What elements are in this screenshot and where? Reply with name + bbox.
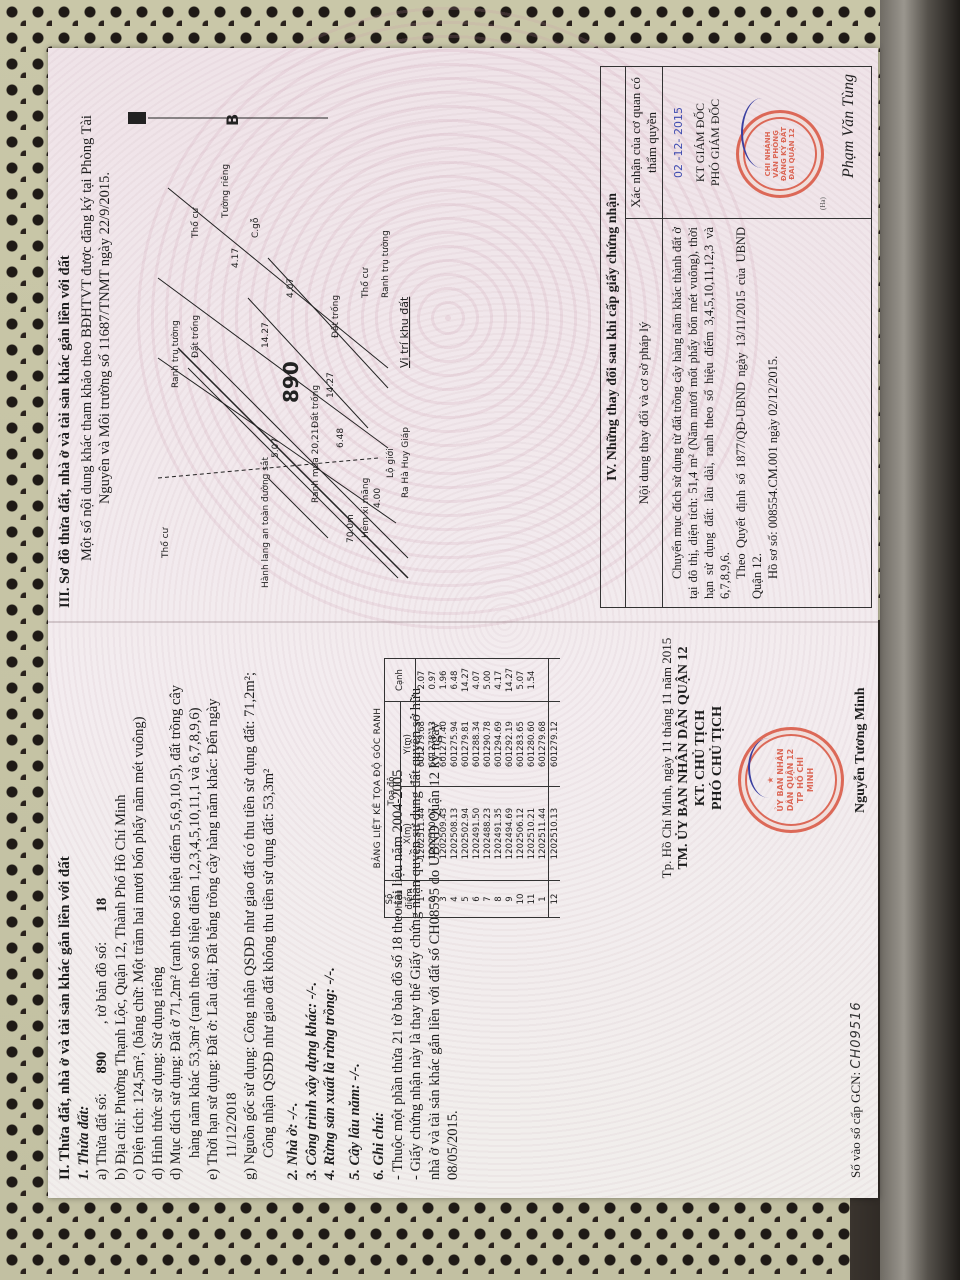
coordinate-cell-x: 1202488.23 [482, 787, 493, 881]
coordinate-row: 121202510.13601279.12 [549, 659, 561, 918]
coordinate-cell-point: 7 [482, 881, 493, 918]
authority-header: Xác nhận của cơ quan có thẩm quyền [626, 67, 663, 218]
svg-text:Đất trống: Đất trống [190, 315, 201, 358]
svg-text:4.00: 4.00 [373, 488, 383, 508]
coordinate-cell-point: 3 [438, 881, 449, 918]
svg-text:4.17: 4.17 [231, 248, 241, 268]
confirmation-signer-name: Phạm Văn Tùng [841, 74, 857, 178]
coordinate-cell-edge [549, 659, 561, 702]
address: b) Địa chỉ: Phường Thạnh Lộc, Quận 12, T… [112, 635, 131, 1180]
coordinate-cell-x: 1202511.44 [537, 787, 549, 881]
coordinate-cell-y: 601278.13 [427, 702, 438, 787]
coordinate-cell-edge: 14.27 [504, 659, 515, 702]
svg-text:B: B [223, 114, 242, 126]
svg-text:Hẻm xi măng: Hẻm xi măng [360, 478, 371, 538]
coordinate-row: 31202509.43601277.401.96 [438, 659, 449, 918]
section-3-note-cont: Nguyên và Môi trường số 11687/TNMT ngày … [96, 68, 114, 608]
coordinate-cell-point: 12 [549, 881, 561, 918]
svg-text:C.gỗ: C.gỗ [250, 217, 261, 238]
confirmation-kt: KT GIÁM ĐỐC [693, 67, 708, 218]
col-x: X(m) [400, 787, 416, 881]
authority-confirmation-column: Xác nhận của cơ quan có thẩm quyền 02 -1… [626, 67, 871, 218]
svg-text:Đất trống: Đất trống [330, 295, 341, 338]
coordinate-row: 111202510.21601280.601.54 [526, 659, 537, 918]
coordinate-cell-y: 601279.12 [549, 702, 561, 787]
issuer-signature-block: Tp. Hồ Chí Minh, ngày 11 tháng 11 năm 20… [658, 618, 726, 898]
coordinate-row: 91202494.69601292.1914.27 [504, 659, 515, 918]
section-4-changes-table: IV. Những thay đổi sau khi cấp giấy chứn… [600, 66, 872, 608]
svg-text:Hành lang an toàn đường sắt: Hành lang an toàn đường sắt [260, 457, 271, 588]
svg-text:Thổ cư: Thổ cư [190, 206, 201, 239]
section-3-title: III. Sơ đồ thửa đất, nhà ở và tài sản kh… [56, 68, 74, 608]
parcel-number: 890 [94, 1052, 110, 1074]
coordinate-cell-edge: 0.97 [427, 659, 438, 702]
changes-content: Chuyển mục đích sử dụng từ đất trồng cây… [663, 219, 787, 607]
coordinate-cell-y: 601294.69 [493, 702, 504, 787]
section-3-note: Một số nội dung khác tham khảo theo BĐHT… [78, 68, 96, 608]
small-mark: (Ha) [815, 197, 831, 210]
changes-column: Nội dung thay đổi và cơ sở pháp lý Chuyể… [626, 218, 871, 607]
coordinate-cell-point: 8 [493, 881, 504, 918]
svg-text:14.27: 14.27 [326, 372, 336, 398]
usage-purpose-cont: hàng năm khác 53,3m² (ranh theo số hiệu … [186, 635, 205, 1180]
coordinate-cell-y: 601279.68 [537, 702, 549, 787]
coordinate-cell-x: 1202491.50 [471, 787, 482, 881]
parcel-heading: 1. Thửa đất: [75, 635, 94, 1180]
usage-form: d) Hình thức sử dụng: Sử dụng riêng [149, 635, 168, 1180]
coordinate-cell-edge: 1.54 [526, 659, 537, 702]
coordinate-cell-point: 4 [449, 881, 460, 918]
svg-text:Vị trí khu đất: Vị trí khu đất [398, 296, 411, 368]
coordinate-cell-point: 10 [515, 881, 526, 918]
coordinate-cell-x: 1202510.21 [526, 787, 537, 881]
coordinate-cell-x: 1202508.13 [449, 787, 460, 881]
issuer-org: TM. ỦY BAN NHÂN DÂN QUẬN 12 [675, 618, 692, 898]
binder-edge [880, 0, 960, 1280]
coordinate-cell-edge: 5.00 [482, 659, 493, 702]
coordinate-cell-y: 601288.34 [471, 702, 482, 787]
issuer-role: PHÓ CHỦ TỊCH [709, 618, 726, 898]
svg-text:5.07: 5.07 [271, 438, 281, 458]
issuer-name: Nguyễn Tương Minh [853, 687, 869, 813]
col-edge: Cạnh [385, 659, 416, 702]
confirmation-signature [741, 98, 783, 168]
coordinate-cell-edge: 5.07 [515, 659, 526, 702]
coordinate-cell-edge [537, 659, 549, 702]
coordinate-row: 51202502.94601279.8114.27 [460, 659, 471, 918]
coordinate-cell-point: 6 [471, 881, 482, 918]
issuer-kt: KT. CHỦ TỊCH [692, 618, 709, 898]
coordinate-cell-edge: 2.07 [416, 659, 428, 702]
coordinate-cell-point: 2 [427, 881, 438, 918]
place-date: Tp. Hồ Chí Minh, ngày 11 tháng 11 năm 20… [658, 618, 675, 898]
usage-origin: g) Nguồn gốc sử dụng: Công nhận QSDĐ như… [241, 635, 260, 1180]
coordinate-cell-x: 1202511.44 [416, 787, 428, 881]
coordinate-cell-point: 1 [416, 881, 428, 918]
svg-text:Lộ giới: Lộ giới [385, 448, 396, 478]
col-point: Số hiệu điểm [385, 881, 416, 918]
usage-term: e) Thời hạn sử dụng: Đất ở: Lâu dài; Đất… [204, 635, 223, 1180]
svg-text:Ra Hà Huy Giáp: Ra Hà Huy Giáp [401, 427, 411, 498]
coordinate-cell-y: 601275.94 [449, 702, 460, 787]
coordinate-cell-y: 601290.78 [482, 702, 493, 787]
svg-text:Ranh trụ tường: Ranh trụ tường [170, 320, 181, 388]
section-4-title: IV. Những thay đổi sau khi cấp giấy chứn… [601, 67, 626, 607]
svg-text:6.48: 6.48 [336, 428, 346, 448]
svg-text:Thổ cư: Thổ cư [360, 266, 371, 299]
coordinate-row: 11202511.44601279.68 [537, 659, 549, 918]
coordinate-row: 61202491.50601288.344.07 [471, 659, 482, 918]
svg-text:Ranh mua 20,21: Ranh mua 20,21 [311, 429, 321, 503]
coordinate-cell-x: 1202510.07 [427, 787, 438, 881]
parcel-number-row: a) Thửa đất số: 890 , tờ bản đồ số: 18 [93, 635, 112, 1180]
coordinate-row: 11202511.44601279.682.07 [416, 659, 428, 918]
coordinate-cell-x: 1202491.35 [493, 787, 504, 881]
coordinate-table-title: BẢNG LIỆT KÊ TỌA ĐỘ GÓC RANH [373, 658, 383, 918]
svg-text:Thổ cư: Thổ cư [160, 526, 171, 559]
coordinate-cell-y: 601279.81 [460, 702, 471, 787]
page-fold [48, 621, 878, 623]
registry-number-value: CH09516 [849, 1001, 864, 1068]
coordinate-cell-y: 601283.65 [515, 702, 526, 787]
svg-text:Ranh trụ tường: Ranh trụ tường [380, 230, 391, 298]
coordinate-cell-point: 11 [526, 881, 537, 918]
coordinate-table: BẢNG LIỆT KÊ TỌA ĐỘ GÓC RANH Số hiệu điể… [373, 658, 560, 918]
coordinate-cell-x: 1202510.13 [549, 787, 561, 881]
coordinate-cell-y: 601292.19 [504, 702, 515, 787]
coordinate-cell-point: 1 [537, 881, 549, 918]
svg-text:14.27: 14.27 [261, 322, 271, 348]
coordinate-cell-point: 5 [460, 881, 471, 918]
map-parcel-number: 890 [279, 361, 303, 403]
coordinate-row: 41202508.13601275.946.48 [449, 659, 460, 918]
usage-term-date: 11/12/2018 [223, 635, 242, 1180]
svg-text:Tường riêng: Tường riêng [220, 164, 231, 219]
coordinate-cell-x: 1202509.43 [438, 787, 449, 881]
area: c) Diện tích: 124,5m², (bằng chữ: Một tr… [130, 635, 149, 1180]
coordinate-cell-x: 1202502.94 [460, 787, 471, 881]
coordinate-cell-edge: 4.17 [493, 659, 504, 702]
parcel-diagram: 890 Đất trống Đất trống Đất trống Thổ cư… [118, 58, 418, 598]
coordinate-cell-edge: 4.07 [471, 659, 482, 702]
coordinate-cell-x: 1202506.12 [515, 787, 526, 881]
north-arrow-icon: B [128, 112, 328, 126]
confirmation-date-stamp: 02 -12- 2015 [671, 67, 687, 218]
confirmation-role: PHÓ GIÁM ĐỐC [708, 67, 723, 218]
map-sheet-number: 18 [94, 898, 110, 913]
col-y: Y(m) [400, 702, 416, 787]
usage-purpose: d) Mục đích sử dụng: Đất ở 71,2m² (ranh … [167, 635, 186, 1180]
coordinate-cell-edge: 1.96 [438, 659, 449, 702]
certificate-page: II. Thửa đất, nhà ở và tài sản khác gắn … [48, 48, 878, 1198]
svg-text:4.07: 4.07 [286, 278, 296, 298]
section-3-parcel-map: III. Sơ đồ thửa đất, nhà ở và tài sản kh… [56, 68, 114, 608]
usage-origin-cont: Công nhận QSDĐ như giao đất không thu ti… [260, 635, 279, 1180]
issuer-signature [748, 738, 790, 798]
coordinate-cell-y: 601277.40 [438, 702, 449, 787]
coordinate-cell-point: 9 [504, 881, 515, 918]
other-construction-item: 3. Công trình xây dựng khác: -/-. [303, 635, 322, 1180]
section-2-title: II. Thửa đất, nhà ở và tài sản khác gắn … [56, 635, 75, 1180]
col-coords: Tọa độ [385, 702, 401, 881]
house-item: 2. Nhà ở: -/-. [284, 635, 303, 1180]
coordinate-row: 101202506.12601283.655.07 [515, 659, 526, 918]
coordinate-row: 81202491.35601294.694.17 [493, 659, 504, 918]
coordinate-cell-y: 601279.68 [416, 702, 428, 787]
coordinate-cell-y: 601280.60 [526, 702, 537, 787]
coordinate-cell-edge: 6.48 [449, 659, 460, 702]
svg-text:Đất trống: Đất trống [310, 385, 321, 428]
perennial-item: 5. Cây lâu năm: -/-. [346, 635, 365, 1180]
coordinate-cell-x: 1202494.69 [504, 787, 515, 881]
coordinate-row: 71202488.23601290.785.00 [482, 659, 493, 918]
coordinate-cell-edge: 14.27 [460, 659, 471, 702]
changes-header: Nội dung thay đổi và cơ sở pháp lý [626, 219, 663, 607]
forest-item: 4. Rừng sản xuất là rừng trồng: -/-. [321, 635, 340, 1180]
registry-number: Số vào sổ cấp GCN: CH09516 [848, 1001, 864, 1178]
coordinate-row: 21202510.07601278.130.97 [427, 659, 438, 918]
svg-text:70.0m: 70.0m [346, 514, 356, 543]
